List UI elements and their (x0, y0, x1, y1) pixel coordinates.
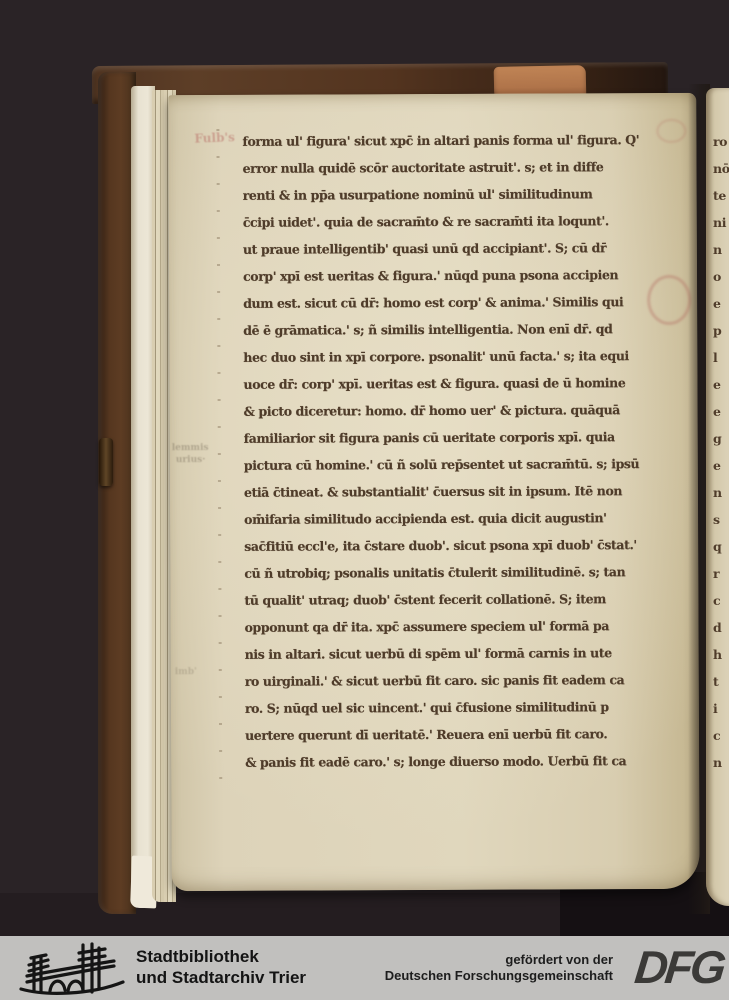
facing-page-partial-line: ro (713, 128, 729, 155)
facing-page-partial-line: nō (713, 155, 729, 182)
facing-page-partial-line: n (713, 749, 729, 776)
manuscript-text-line: c̄cipi uidet'. quia de sacram̄to & re sa… (243, 207, 679, 236)
stadtbibliothek-trier-logo-icon (16, 939, 128, 999)
manuscript-text-line: ro. S; nūqd uel sic uincent.' qui c̄fusi… (245, 693, 681, 722)
pricking-marks (216, 129, 222, 781)
manuscript-text-line: renti & in pp̄a usurpatione nominū ul' s… (243, 180, 679, 209)
manuscript-text-block: forma ul' figura' sicut xpc̄ in altari p… (242, 126, 681, 776)
facing-page-partial-line: ni (713, 209, 729, 236)
manuscript-text-line: & picto diceretur: homo. dr̄ homo uer' &… (244, 396, 680, 425)
manuscript-text-line: familiarior sit figura panis cū ueritate… (244, 423, 680, 452)
facing-page-partial-line: o (713, 263, 729, 290)
facing-page-partial-line: e (713, 371, 729, 398)
facing-recto-page-sliver: ronōteninoepleegensqrcdhticn (706, 88, 729, 906)
manuscript-text-line: pictura cū homine.' cū ñ solū rep̄sentet… (244, 450, 680, 479)
library-name-line2: und Stadtarchiv Trier (136, 967, 306, 988)
showthrough-text: lemmis (172, 443, 209, 453)
library-name-line1: Stadtbibliothek (136, 946, 306, 967)
facing-page-partial-line: r (713, 560, 729, 587)
facing-page-partial-line: s (713, 506, 729, 533)
manuscript-text-line: forma ul' figura' sicut xpc̄ in altari p… (242, 126, 678, 155)
facing-page-partial-line: q (713, 533, 729, 560)
manuscript-text-line: uoce dr̄: corp' xpī. ueritas est & figur… (243, 369, 679, 398)
facing-page-partial-line: d (713, 614, 729, 641)
facing-page-partial-line: p (713, 317, 729, 344)
background-shadow-bottom (0, 893, 560, 936)
facing-page-partial-line: e (713, 398, 729, 425)
marginal-rubric: Fulb's (194, 130, 235, 146)
footer-banner: Stadtbibliothek und Stadtarchiv Trier ge… (0, 936, 729, 1000)
manuscript-text-line: tū qualit' utraq; duob' c̄stent fecerit … (244, 585, 680, 614)
manuscript-text-line: opponunt qa dr̄ ita. xpc̄ assumere speci… (245, 612, 681, 641)
facing-page-partial-line: l (713, 344, 729, 371)
facing-page-line-starts: ronōteninoepleegensqrcdhticn (713, 128, 729, 776)
funding-credit: gefördert von der Deutschen Forschungsge… (385, 952, 613, 984)
funding-credit-line2: Deutschen Forschungsgemeinschaft (385, 968, 613, 984)
manuscript-scan-view: Fulb's lemmis urius· imb' forma ul' figu… (0, 0, 729, 1000)
showthrough-text: imb' (175, 667, 197, 677)
manuscript-text-line: corp' xpī est ueritas & figura.' nūqd pu… (243, 261, 679, 290)
facing-page-partial-line: e (713, 452, 729, 479)
facing-page-partial-line: n (713, 479, 729, 506)
manuscript-text-line: & panis fit eadē caro.' s; longe diuerso… (245, 747, 681, 776)
facing-page-partial-line: te (713, 182, 729, 209)
facing-page-partial-line: n (713, 236, 729, 263)
facing-page-partial-line: g (713, 425, 729, 452)
manuscript-text-line: nis in altari. sicut uerbū di spēm ul' f… (245, 639, 681, 668)
manuscript-text-line: hec duo sint in xpī corpore. psonalit' u… (243, 342, 679, 371)
manuscript-text-line: uertere querunt dī ueritatē.' Reuera enī… (245, 720, 681, 749)
manuscript-text-line: ro uirginali.' & sicut uerbū fit caro. s… (245, 666, 681, 695)
manuscript-text-line: ut praue intelligentib' quasi unū qd acc… (243, 234, 679, 263)
manuscript-verso-page: Fulb's lemmis urius· imb' forma ul' figu… (168, 93, 699, 891)
facing-page-partial-line: h (713, 641, 729, 668)
manuscript-text-line: dum est. sicut cū dr̄: homo est corp' & … (243, 288, 679, 317)
facing-page-partial-line: t (713, 668, 729, 695)
manuscript-text-line: etiā c̄tineat. & substantialit' c̄uersus… (244, 477, 680, 506)
dfg-logo: DFG (632, 940, 726, 994)
showthrough-text: urius· (176, 455, 205, 465)
funding-credit-line1: gefördert von der (385, 952, 613, 968)
facing-page-partial-line: i (713, 695, 729, 722)
facing-page-partial-line: e (713, 290, 729, 317)
book-clasp (99, 438, 113, 486)
manuscript-text-line: cū ñ utrobiq; psonalis unitatis c̄tuleri… (244, 558, 680, 587)
manuscript-text-line: sac̄fitiū eccl'e, ita c̄stare duob'. sic… (244, 531, 680, 560)
library-name: Stadtbibliothek und Stadtarchiv Trier (136, 946, 306, 988)
facing-page-partial-line: c (713, 587, 729, 614)
manuscript-text-line: dē ē grāmatica.' s; ñ similis intelligen… (243, 315, 679, 344)
facing-page-partial-line: c (713, 722, 729, 749)
manuscript-text-line: error nulla quidē scōr auctoritate astru… (243, 153, 679, 182)
manuscript-text-line: om̄ifaria similitudo accipienda est. qui… (244, 504, 680, 533)
